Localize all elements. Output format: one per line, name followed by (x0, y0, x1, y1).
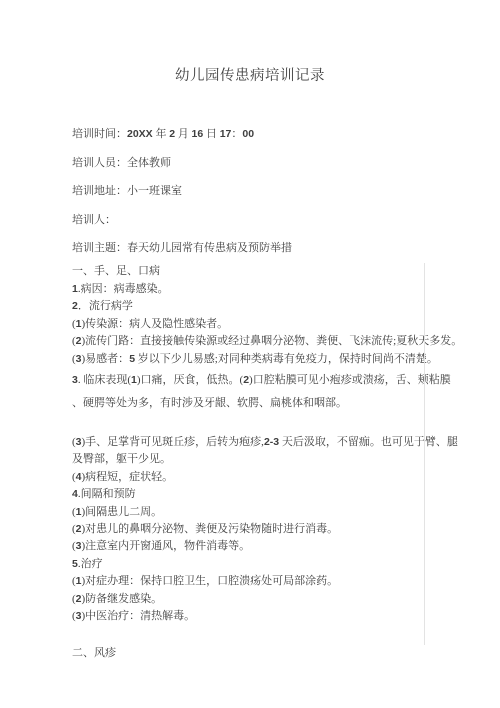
text-line: 、硬腭等处为多，有时涉及牙龈、软腭、扁桃体和咽部。 (72, 392, 476, 415)
text-line: 培训时间：20XX 年 2 月 16 日 17：00 (72, 120, 476, 149)
text-line: (1)间隔患儿二周。 (72, 504, 476, 521)
text-line: 培训地址：小一班课室 (72, 177, 476, 206)
section1-rest-block: (3)手、足掌背可见斑丘疹，后转为疱疹,2-3 天后汲取，不留痂。也可见于臂、腿… (72, 434, 476, 625)
document-page: 幼儿园传患病培训记录 培训时间：20XX 年 2 月 16 日 17：00培训人… (0, 0, 500, 708)
text-line: 1.病因：病毒感染。 (72, 281, 476, 299)
section1-clinical-block: 3. 临床表现(1)口痛，厌食，低热。(2)口腔粘膜可见小疱疹或溃疡，舌、颊粘膜… (72, 369, 476, 415)
text-line: (1)传染源：病人及隐性感染者。 (72, 316, 476, 334)
numeric-text: 5 (72, 558, 78, 570)
text-line: 一、手、足、口病 (72, 263, 476, 281)
text-line: 2．流行病学 (72, 298, 476, 316)
training-meta-block: 培训时间：20XX 年 2 月 16 日 17：00培训人员：全体教师培训地址：… (72, 120, 476, 263)
numeric-text: 1 (131, 374, 137, 386)
document-title: 幼儿园传患病培训记录 (0, 64, 500, 85)
section2-heading: 二、风疹 (72, 647, 476, 660)
section2-heading-block: 二、风疹 (72, 647, 476, 660)
table-cell-right-border (424, 263, 425, 645)
numeric-text: 3 (76, 540, 82, 552)
numeric-text: 2 (76, 523, 82, 535)
numeric-text: 2 (72, 300, 78, 312)
numeric-text: 4 (76, 471, 82, 483)
text-line: 3. 临床表现(1)口痛，厌食，低热。(2)口腔粘膜可见小疱疹或溃疡，舌、颊粘膜 (72, 369, 476, 392)
numeric-text: 1 (76, 318, 82, 330)
numeric-text: 2 (169, 128, 175, 140)
numeric-text: 00 (242, 128, 254, 140)
text-line: (3)中医治疗：清热解毒。 (72, 608, 476, 625)
text-line: (2)对患儿的鼻咽分泌物、粪便及污染物随时进行消毒。 (72, 521, 476, 538)
text-line: (1)对症办理：保持口腔卫生，口腔溃疡处可局部涂药。 (72, 573, 476, 590)
numeric-text: 1 (72, 283, 78, 295)
numeric-text: 20XX (127, 128, 153, 140)
section1-intro-block: 一、手、足、口病1.病因：病毒感染。2．流行病学(1)传染源：病人及隐性感染者。… (72, 263, 476, 368)
text-line: 4.间隔和预防 (72, 486, 476, 503)
text-line: 培训人： (72, 206, 476, 235)
numeric-text: 3 (76, 436, 82, 448)
text-line: 5.治疗 (72, 556, 476, 573)
numeric-text: 2-3 (264, 436, 279, 448)
numeric-text: 3 (72, 374, 78, 386)
numeric-text: 2 (76, 593, 82, 605)
text-line: (3)易感者：5 岁以下少儿易感;对同种类病毒有免疫力，保持时间尚不清楚。 (72, 351, 476, 369)
text-line: 培训主题：春天幼儿园常有传患病及预防举措 (72, 234, 476, 263)
text-line: (2)流传门路：直接接触传染源或经过鼻咽分泌物、粪便、飞沫流传;夏秋天多发。 (72, 333, 476, 351)
text-line: (3)手、足掌背可见斑丘疹，后转为疱疹,2-3 天后汲取，不留痂。也可见于臂、腿 (72, 434, 476, 451)
numeric-text: 17 (220, 128, 232, 140)
numeric-text: 1 (76, 575, 82, 587)
numeric-text: 5 (129, 353, 135, 365)
numeric-text: 2 (76, 335, 82, 347)
numeric-text: 2 (243, 374, 249, 386)
text-line: 培训人员：全体教师 (72, 149, 476, 178)
numeric-text: 4 (72, 488, 78, 500)
numeric-text: 1 (76, 506, 82, 518)
text-line: (3)注意室内开窗通风，物件消毒等。 (72, 538, 476, 555)
text-line: (2)防备继发感染。 (72, 591, 476, 608)
numeric-text: 3 (76, 353, 82, 365)
numeric-text: 3 (76, 610, 82, 622)
text-line: (4)病程短，症状轻。 (72, 469, 476, 486)
numeric-text: 16 (192, 128, 204, 140)
text-line: 及臀部，躯干少见。 (72, 451, 476, 468)
